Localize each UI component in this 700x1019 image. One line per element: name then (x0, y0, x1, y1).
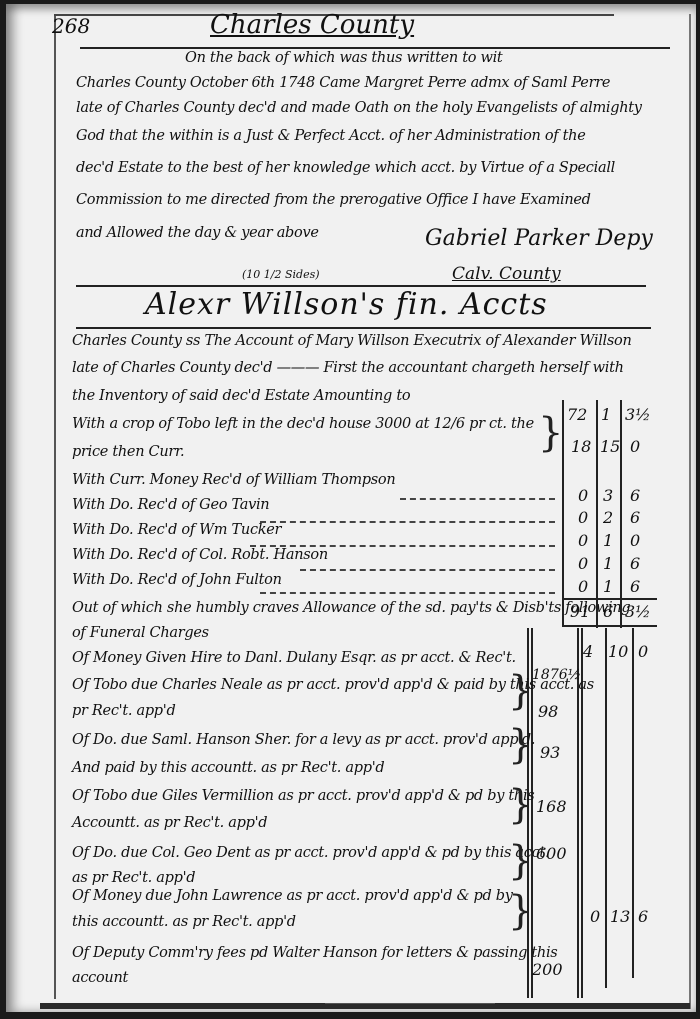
amount-shillings: 1 (603, 531, 613, 550)
amount-pounds: 0 (578, 554, 588, 573)
side-note: (10 1/2 Sides) (242, 268, 320, 281)
lawrence-pounds: 0 (590, 907, 600, 926)
brace: } (508, 722, 533, 768)
amount-pounds: 0 (578, 508, 588, 527)
amount-shillings: 1 (603, 554, 613, 573)
amount-shillings: 1 (601, 405, 611, 424)
amount-pence: 0 (630, 437, 640, 456)
account-line: Charles County ss The Account of Mary Wi… (72, 333, 631, 349)
amount-shillings: 1 (603, 577, 613, 596)
amount-pence: 6 (630, 577, 640, 596)
leader-dashes (300, 569, 555, 571)
brace: } (508, 838, 533, 884)
disbursement-line: Of Do. due Col. Geo Dent as pr acct. pro… (72, 845, 549, 861)
tobacco-amount: 168 (536, 797, 567, 816)
allowance-line: of Funeral Charges (72, 625, 209, 641)
funeral-pence: 0 (638, 642, 648, 661)
receipt-line: With Do. Rec'd of Geo Tavin (72, 497, 269, 513)
amount-pounds: 72 (567, 405, 587, 424)
brace: } (538, 410, 563, 456)
brace: } (508, 888, 533, 934)
funeral-shillings: 10 (608, 642, 628, 661)
total-shillings: 6 (603, 602, 613, 621)
disbursement-line: Of Money due John Lawrence as pr acct. p… (72, 888, 513, 904)
oath-line: On the back of which was thus written to… (185, 50, 502, 66)
amount-shillings: 2 (603, 508, 613, 527)
account-line: price then Curr. (72, 444, 184, 460)
account-line: the Inventory of said dec'd Estate Amoun… (72, 388, 410, 404)
frame-border-left (54, 14, 56, 999)
leader-dashes (400, 498, 555, 500)
disbursement-line: Accountt. as pr Rec't. app'd (72, 815, 267, 831)
account-line: With a crop of Tobo left in the dec'd ho… (72, 416, 534, 432)
amount-shillings: 15 (600, 437, 620, 456)
disbursement-line: as pr Rec't. app'd (72, 870, 195, 886)
column-rule (632, 628, 634, 978)
disbursement-line: Of Money Given Hire to Danl. Dulany Esqr… (72, 650, 516, 666)
amount-pounds: 18 (571, 437, 591, 456)
disbursement-line: Of Do. due Saml. Hanson Sher. for a levy… (72, 732, 535, 748)
amount-pence: 6 (630, 486, 640, 505)
account-line: late of Charles County dec'd ——— First t… (72, 360, 624, 376)
amount-pence: 6 (630, 554, 640, 573)
allowance-line: Out of which she humbly craves Allowance… (72, 600, 630, 616)
tobacco-amount: 600 (536, 844, 567, 863)
leader-dashes (260, 521, 555, 523)
amount-pence: 3½ (625, 405, 651, 424)
tobacco-amount: 200 (532, 960, 563, 979)
lawrence-shillings: 13 (610, 907, 630, 926)
leader-dashes (260, 592, 555, 594)
amount-pence: 6 (630, 508, 640, 527)
brace: } (508, 668, 533, 714)
oath-line: Commission to me directed from the prero… (76, 192, 591, 208)
total-pence: 3½ (625, 602, 651, 621)
section-rule-bottom (76, 327, 651, 329)
page-number: 268 (52, 14, 90, 38)
total-rule (562, 625, 657, 627)
amount-pounds: 0 (578, 486, 588, 505)
receipt-line: With Do. Rec'd of Col. Robt. Hanson (72, 547, 328, 563)
amount-pence: 0 (630, 531, 640, 550)
oath-line: God that the within is a Just & Perfect … (76, 128, 586, 144)
oath-line: and Allowed the day & year above (76, 225, 319, 241)
signature-office: Calv. County (452, 264, 561, 284)
tobacco-amount: 98 (538, 702, 558, 721)
column-rule (620, 400, 622, 628)
brace: } (508, 782, 533, 828)
account-title: Alexr Willson's fin. Accts (145, 287, 548, 322)
oath-line: dec'd Estate to the best of her knowledg… (76, 160, 615, 176)
total-pounds: 91 (570, 602, 590, 621)
column-rule (562, 400, 564, 626)
column-rule (596, 400, 598, 628)
lawrence-pence: 6 (638, 907, 648, 926)
disbursement-line: Of Tobo due Giles Vermillion as pr acct.… (72, 788, 534, 804)
oath-line: late of Charles County dec'd and made Oa… (76, 100, 642, 116)
disbursement-line: And paid by this accountt. as pr Rec't. … (72, 760, 384, 776)
amount-shillings: 3 (603, 486, 613, 505)
oath-line: Charles County October 6th 1748 Came Mar… (76, 75, 610, 91)
amount-pounds: 0 (578, 577, 588, 596)
header-rule (80, 47, 670, 49)
signature: Gabriel Parker Depy (425, 226, 653, 251)
funeral-pounds: 4 (583, 642, 593, 661)
tobacco-amount: 1876½ (532, 667, 581, 683)
leader-dashes (250, 545, 555, 547)
disbursement-line: this accountt. as pr Rec't. app'd (72, 914, 296, 930)
disbursement-line: Of Deputy Comm'ry fees pd Walter Hanson … (72, 945, 557, 961)
disbursement-line: account (72, 970, 128, 986)
county-heading: Charles County (210, 10, 414, 40)
disbursement-line: pr Rec't. app'd (72, 703, 175, 719)
amount-pounds: 0 (578, 531, 588, 550)
column-rule (605, 628, 607, 988)
tobacco-amount: 93 (540, 743, 560, 762)
receipt-line: With Curr. Money Rec'd of William Thomps… (72, 472, 395, 488)
frame-border-right (689, 14, 691, 1009)
receipt-line: With Do. Rec'd of John Fulton (72, 572, 282, 588)
receipt-line: With Do. Rec'd of Wm Tucker (72, 522, 281, 538)
closing-rule (325, 1003, 495, 1004)
total-rule (562, 598, 657, 600)
